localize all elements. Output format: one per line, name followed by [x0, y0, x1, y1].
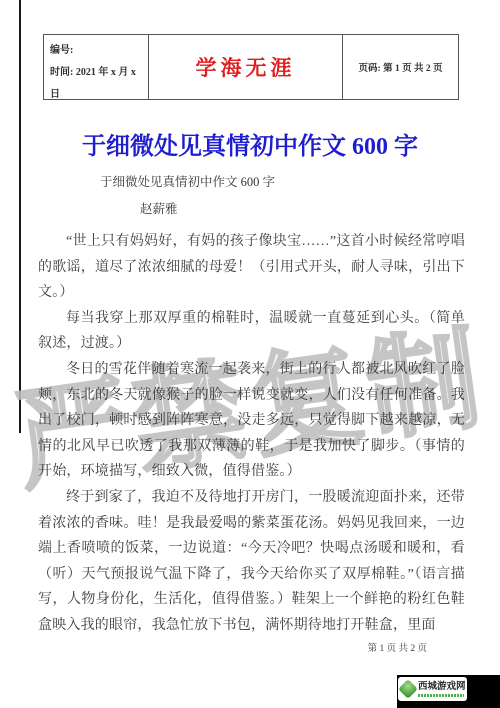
site-logo-badge[interactable]: 西城游戏网 — [398, 677, 467, 701]
date-label: 时间: 2021 年 x 月 x 日 — [50, 62, 144, 106]
site-logo-icon — [398, 679, 418, 699]
left-vertical-rule — [19, 0, 21, 433]
header-table: 编号: 时间: 2021 年 x 月 x 日 学海无涯 页码: 第 1 页 共 … — [43, 34, 459, 100]
footer-page-number: 第 1 页 共 2 页 — [368, 640, 427, 654]
paragraph: 终于到家了，我迫不及待地打开房门，一股暖流迎面扑来，还带着浓浓的香味。哇！是我最… — [38, 485, 465, 639]
page-title: 于细微处见真情初中作文 600 字 — [0, 126, 500, 161]
paragraph: 冬日的雪花伴随着寒流一起袭来，街上的行人都被北风吹红了脸颊，东北的冬天就像猴子的… — [38, 357, 465, 485]
paragraph: 每当我穿上那双厚重的棉鞋时，温暖就一直蔓延到心头。（简单叙述，过渡。） — [38, 306, 465, 357]
brand-title: 学海无涯 — [196, 52, 296, 82]
site-name: 西城游戏网 — [418, 682, 466, 693]
header-cell-left: 编号: 时间: 2021 年 x 月 x 日 — [44, 35, 149, 99]
document-page: 编号: 时间: 2021 年 x 月 x 日 学海无涯 页码: 第 1 页 共 … — [0, 0, 500, 708]
essay-body: “世上只有妈妈好，有妈的孩子像块宝……”这首小时候经常哼唱的歌谣，道尽了浓浓细腻… — [38, 229, 465, 639]
doc-subtitle: 于细微处见真情初中作文 600 字 — [100, 172, 275, 190]
header-page-info: 页码: 第 1 页 共 2 页 — [359, 60, 443, 74]
site-logo-texts: 西城游戏网 — [418, 682, 466, 697]
header-cell-right: 页码: 第 1 页 共 2 页 — [343, 35, 458, 99]
paragraph: “世上只有妈妈好，有妈的孩子像块宝……”这首小时候经常哼唱的歌谣，道尽了浓浓细腻… — [38, 229, 465, 306]
doc-author: 赵薪雅 — [140, 199, 178, 217]
number-label: 编号: — [50, 40, 144, 62]
header-cell-center: 学海无涯 — [149, 35, 343, 99]
site-tagline-bar — [418, 694, 464, 697]
corner-logo-block: 西城游戏网 — [397, 675, 500, 708]
